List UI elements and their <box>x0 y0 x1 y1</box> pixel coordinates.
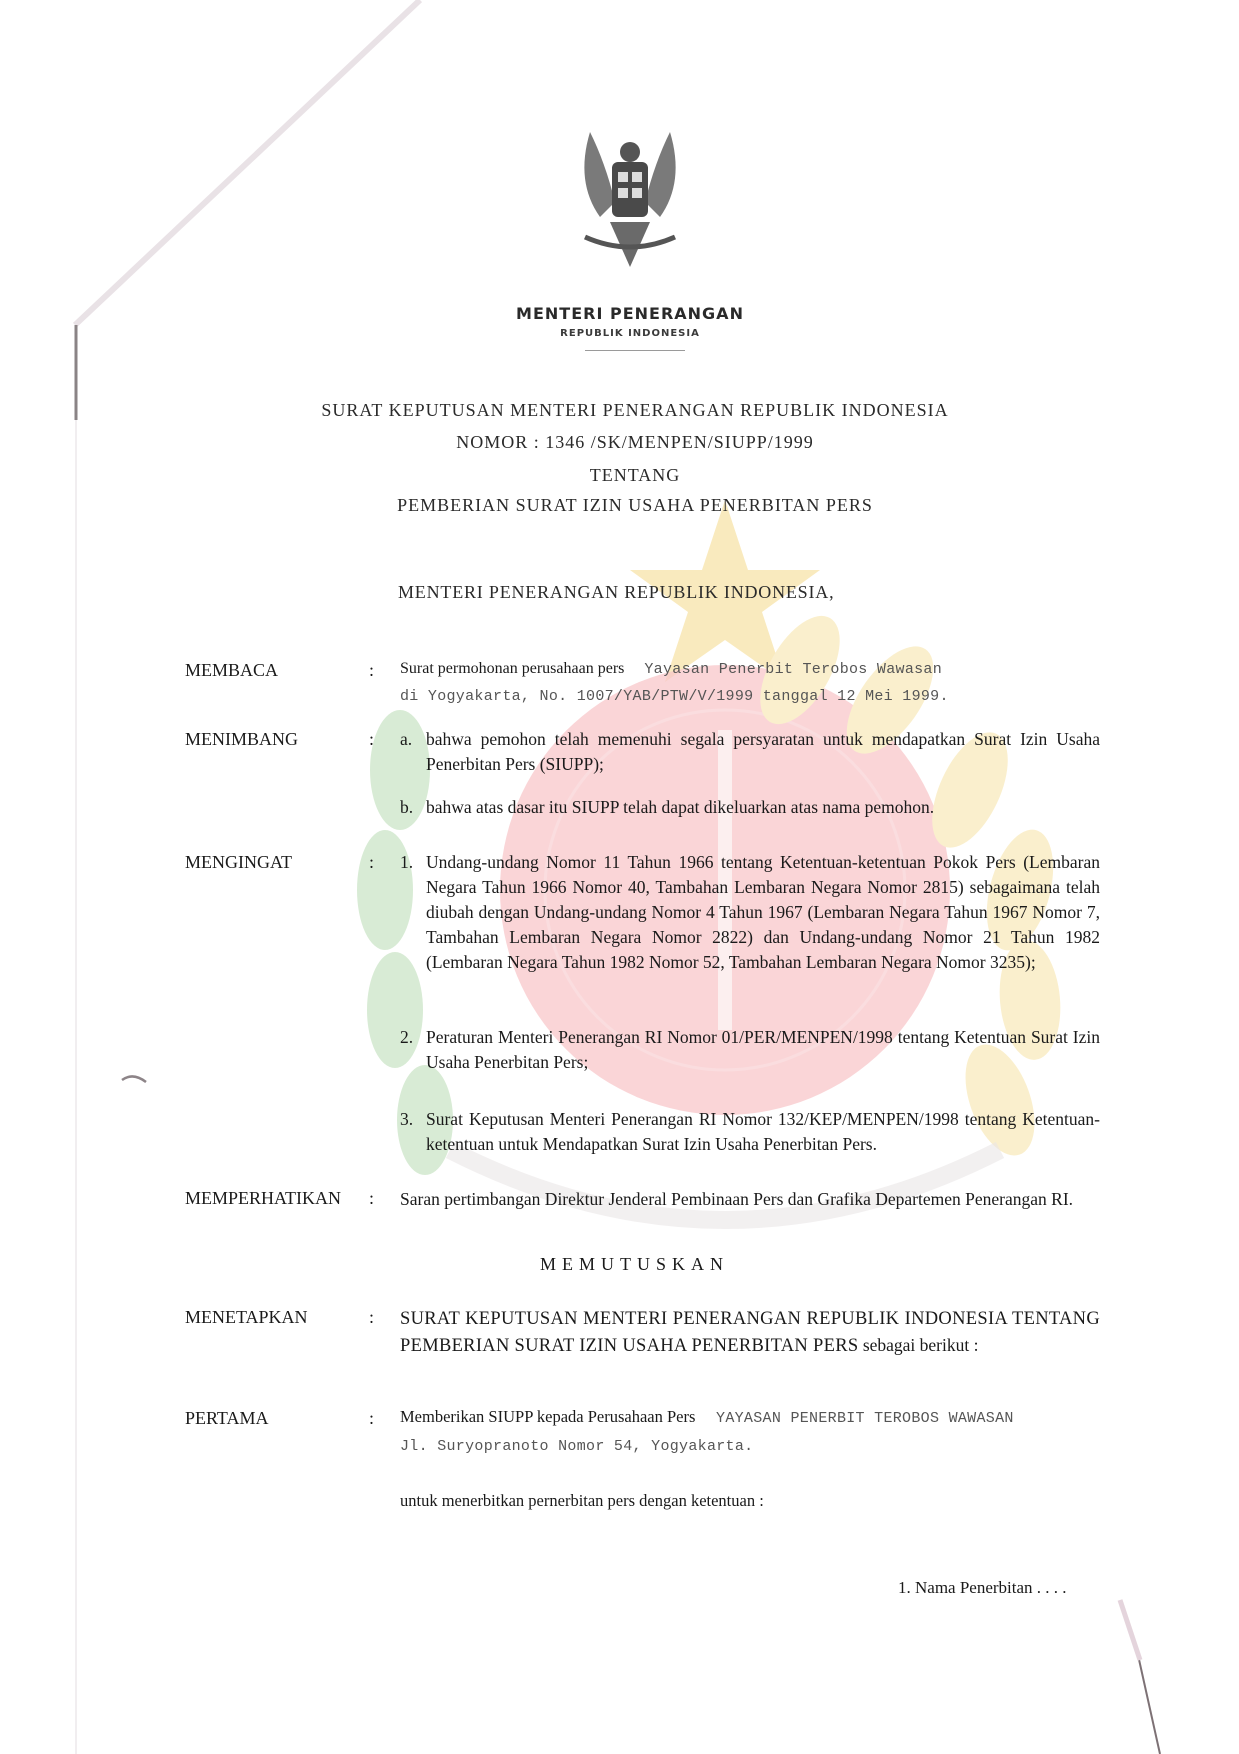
ministry-name: MENTERI PENERANGAN <box>470 304 790 323</box>
menimbang-item-b: b. bahwa atas dasar itu SIUPP telah dapa… <box>400 795 1100 820</box>
decree-subject: PEMBERIAN SURAT IZIN USAHA PENERBITAN PE… <box>250 495 1020 516</box>
colon: : <box>369 1307 374 1328</box>
colon: : <box>369 852 374 873</box>
ministry-country: REPUBLIK INDONESIA <box>470 328 790 339</box>
membaca-typed-applicant: Yayasan Penerbit Terobos Wawasan <box>644 661 942 678</box>
label-menimbang: MENIMBANG <box>185 729 298 750</box>
membaca-text: Surat permohonan perusahaan pers Yayasan… <box>400 656 1100 710</box>
pertama-typed-address: Jl. Suryopranoto Nomor 54, Yogyakarta. <box>400 1438 753 1455</box>
mengingat-item-2: 2. Peraturan Menteri Penerangan RI Nomor… <box>400 1025 1100 1075</box>
issuer-line: MENTERI PENERANGAN REPUBLIK INDONESIA, <box>398 582 834 603</box>
pertama-text: Memberikan SIUPP kepada Perusahaan Pers … <box>400 1404 1100 1460</box>
decree-title: SURAT KEPUTUSAN MENTERI PENERANGAN REPUB… <box>250 400 1020 421</box>
colon: : <box>369 660 374 681</box>
colon: : <box>369 1408 374 1429</box>
pertama-typed-company: YAYASAN PENERBIT TEROBOS WAWASAN <box>716 1410 1014 1427</box>
menimbang-item-a: a. bahwa pemohon telah memenuhi segala p… <box>400 727 1100 777</box>
mengingat-item-1: 1. Undang-undang Nomor 11 Tahun 1966 ten… <box>400 850 1100 975</box>
pertama-continuation: untuk menerbitkan pernerbitan pers denga… <box>400 1488 1100 1514</box>
membaca-lead: Surat permohonan perusahaan pers <box>400 660 624 677</box>
colon: : <box>369 729 374 750</box>
memutuskan-heading: MEMUTUSKAN <box>540 1254 729 1275</box>
garuda-emblem-icon <box>570 122 690 282</box>
mengingat-item-3: 3. Surat Keputusan Menteri Penerangan RI… <box>400 1107 1100 1157</box>
letterhead-divider <box>585 350 685 351</box>
label-pertama: PERTAMA <box>185 1408 269 1429</box>
label-membaca: MEMBACA <box>185 660 278 681</box>
decree-about: TENTANG <box>250 465 1020 486</box>
memperhatikan-text: Saran pertimbangan Direktur Jenderal Pem… <box>400 1186 1100 1212</box>
label-memperhatikan: MEMPERHATIKAN <box>185 1188 341 1209</box>
label-menetapkan: MENETAPKAN <box>185 1307 308 1328</box>
next-page-hint: 1. Nama Penerbitan . . . . <box>898 1578 1067 1598</box>
label-mengingat: MENGINGAT <box>185 852 292 873</box>
membaca-typed-reference: di Yogyakarta, No. 1007/YAB/PTW/V/1999 t… <box>400 688 949 705</box>
colon: : <box>369 1188 374 1209</box>
menetapkan-text: SURAT KEPUTUSAN MENTERI PENERANGAN REPUB… <box>400 1305 1100 1359</box>
decree-number: NOMOR : 1346 /SK/MENPEN/SIUPP/1999 <box>250 432 1020 453</box>
